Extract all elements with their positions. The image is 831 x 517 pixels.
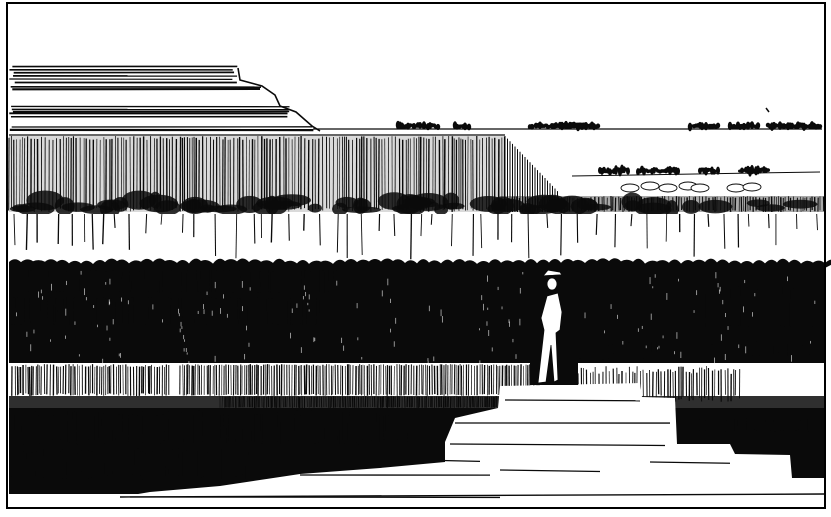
light-hatched-band: [9, 363, 825, 409]
dark-hatched-strata: [9, 266, 825, 367]
strata-illustration: [0, 0, 831, 517]
white-jointed-layer: [9, 214, 831, 268]
standing-figure: [530, 270, 578, 385]
